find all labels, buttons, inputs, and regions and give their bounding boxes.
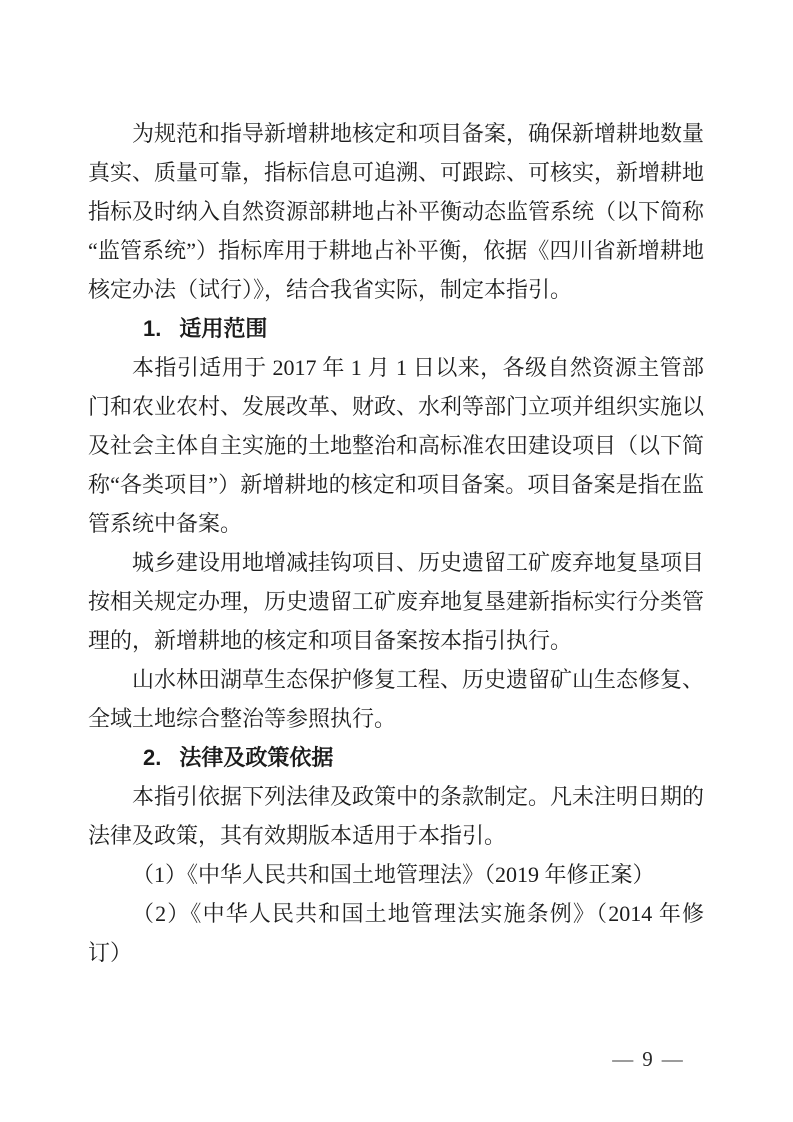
paragraph-legal-basis-intro: 本指引依据下列法律及政策中的条款制定。凡未注明日期的法律及政策，其有效期版本适用… [88,777,704,855]
section-title: 法律及政策依据 [179,745,333,770]
section-heading-scope: 1.适用范围 [88,309,704,348]
paragraph-intro: 为规范和指导新增耕地核定和项目备案，确保新增耕地数量真实、质量可靠，指标信息可追… [88,114,704,309]
footer-left-dash: — [612,1047,633,1071]
list-item-law-1: （1）《中华人民共和国土地管理法》（2019 年修正案） [88,855,704,894]
paragraph-ecological-reference: 山水林田湖草生态保护修复工程、历史遗留矿山生态修复、全域土地综合整治等参照执行。 [88,660,704,738]
page-number: 9 [642,1047,653,1071]
page-footer: —9— [600,1044,695,1074]
list-item-law-2: （2）《中华人民共和国土地管理法实施条例》（2014 年修订） [88,894,704,972]
section-title: 适用范围 [179,316,267,341]
footer-right-dash: — [662,1047,683,1071]
section-number: 2. [143,745,161,770]
paragraph-linked-projects: 城乡建设用地增减挂钩项目、历史遗留工矿废弃地复垦项目按相关规定办理，历史遗留工矿… [88,543,704,660]
document-page: 为规范和指导新增耕地核定和项目备案，确保新增耕地数量真实、质量可靠，指标信息可追… [0,0,793,1122]
section-heading-legal-basis: 2.法律及政策依据 [88,738,704,777]
document-body: 为规范和指导新增耕地核定和项目备案，确保新增耕地数量真实、质量可靠，指标信息可追… [88,114,704,972]
paragraph-scope: 本指引适用于 2017 年 1 月 1 日以来，各级自然资源主管部门和农业农村、… [88,348,704,543]
section-number: 1. [143,316,161,341]
